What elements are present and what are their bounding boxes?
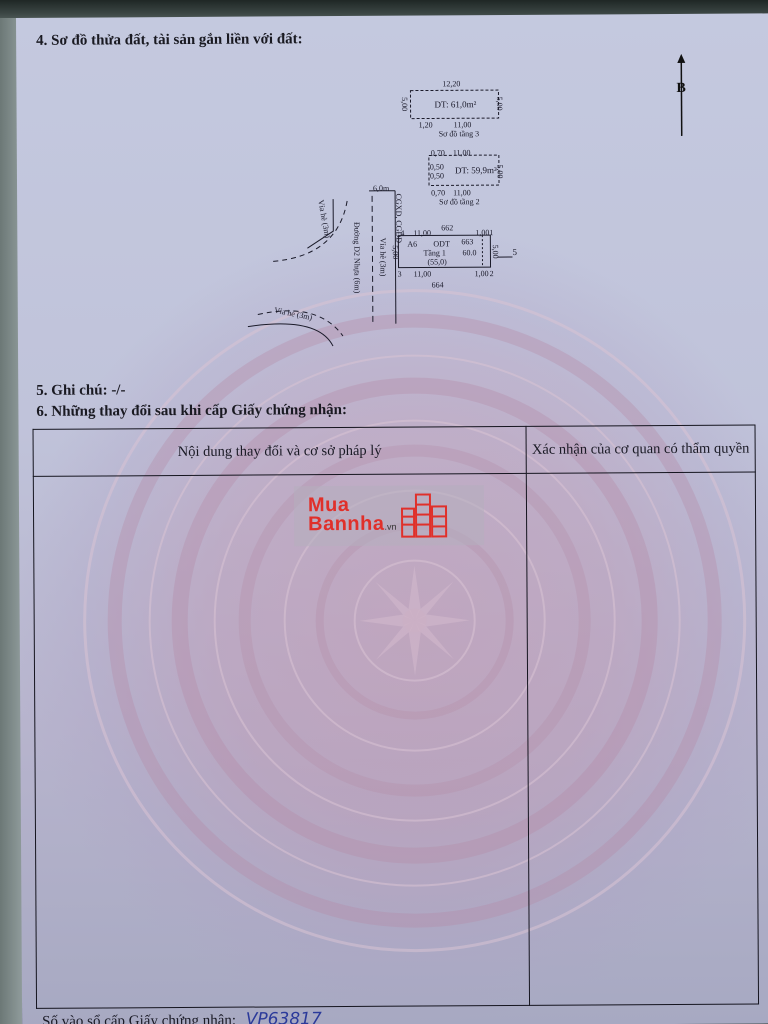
floor3-caption: Sơ đồ tầng 3 — [439, 129, 480, 138]
section-6-heading: 6. Những thay đổi sau khi cấp Giấy chứng… — [36, 402, 347, 421]
floor2-top-dim-2: 11,00 — [453, 148, 471, 157]
parcel-top-dim-2: 1,00 — [475, 228, 489, 237]
sidewalk-right-label: Vỉa hè (3m) — [378, 238, 387, 277]
point-3: 3 — [398, 270, 402, 279]
floor2-bottom-dim-2: 11,00 — [453, 188, 471, 197]
floor3-right-dim: 5,00 — [495, 97, 504, 111]
point-2: 2 — [490, 269, 494, 278]
parcel-area: 60.0 — [462, 248, 476, 257]
column-header-content: Nội dung thay đổi và cơ sở pháp lý — [33, 426, 526, 476]
building-code: A6 — [407, 240, 417, 249]
parcel-bottom-dim-2: 1,00 — [475, 269, 489, 278]
floor3-bottom-dim-2: 11,00 — [454, 120, 472, 129]
parcel-left-dim: 5,00 — [391, 245, 400, 259]
certificate-register-line: Số vào sổ cấp Giấy chứng nhận: VP63817 — [42, 1009, 322, 1024]
register-number-label: Số vào sổ cấp Giấy chứng nhận: — [42, 1013, 236, 1024]
floor2-bottom-dim-1: 0,70 — [431, 188, 445, 197]
floor-plan-diagram — [16, 13, 768, 358]
register-number-value: VP63817 — [246, 1009, 322, 1024]
floor2-right-dim: 5,00 — [495, 165, 504, 179]
section-5-heading: 5. Ghi chú: -/- — [36, 382, 125, 400]
change-content-cell[interactable] — [33, 473, 529, 1008]
neighbor-parcel-right: 5 — [512, 247, 517, 257]
floor2-inner-dim-1: 0,50 — [430, 162, 444, 171]
floor1-area: (55,0) — [427, 257, 446, 266]
logo-suffix: .vn — [384, 521, 396, 531]
point-1: 1 — [489, 228, 493, 237]
watermark-logo: Mua Bannha.vn — [294, 485, 484, 546]
neighbor-parcel-bottom: 664 — [432, 280, 444, 289]
point-4: 4 — [400, 229, 404, 238]
neighbor-parcel-top: 662 — [441, 223, 453, 232]
column-header-confirmation: Xác nhận của cơ quan có thẩm quyền — [526, 425, 755, 473]
land-use: ODT — [433, 239, 450, 248]
confirmation-cell[interactable] — [526, 472, 758, 1005]
buildings-icon — [400, 492, 450, 538]
road-label: Đường D2 Nhựa (6m) — [352, 222, 361, 293]
floor2-caption: Sơ đồ tầng 2 — [439, 197, 480, 206]
table-row — [33, 472, 758, 1008]
floor3-bottom-dim-1: 1,20 — [419, 120, 433, 129]
floor3-top-dim: 12,20 — [442, 79, 460, 88]
certificate-page: 4. Sơ đồ thửa đất, tài sản gắn liền với … — [16, 13, 768, 1024]
parcel-top-dim-1: 11,00 — [413, 228, 431, 237]
parcel-number: 663 — [461, 237, 473, 246]
parcel-right-dim: 5,00 — [491, 245, 500, 259]
road-width: 6,0m — [373, 184, 389, 193]
floor2-top-dim-1: 0,70 — [431, 148, 445, 157]
floor2-inner-dim-2: 0,50 — [430, 171, 444, 180]
floor3-left-dim: 5,00 — [400, 97, 409, 111]
floor3-area: DT: 61,0m² — [435, 99, 477, 109]
floor1-label: Tầng 1 — [423, 248, 445, 257]
logo-line-2: Bannha — [308, 512, 384, 534]
parcel-bottom-dim-1: 11,00 — [414, 269, 432, 278]
floor2-area: DT: 59,9m² — [455, 165, 497, 175]
table-header-row: Nội dung thay đổi và cơ sở pháp lý Xác n… — [33, 425, 755, 476]
